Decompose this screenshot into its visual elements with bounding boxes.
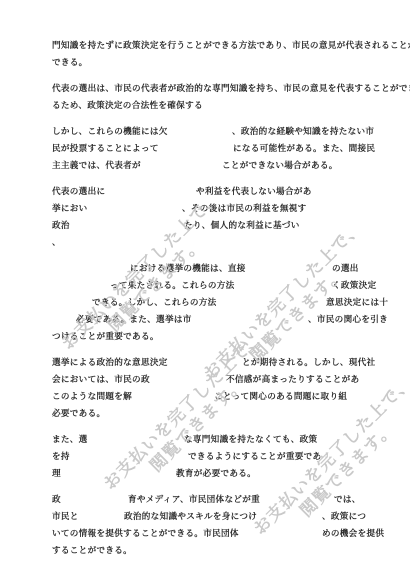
- text-line-segment: 市民と: [52, 512, 79, 523]
- text-line-segment: な専門知識を持たなくても、政策: [184, 435, 317, 446]
- text-line-segment: めの機会を提供: [322, 529, 384, 540]
- text-line-segment: することができる。: [52, 546, 132, 557]
- text-line-segment: このような問題を解: [52, 392, 132, 403]
- text-line-segment: では、: [334, 495, 361, 506]
- text-line-segment: 政: [52, 495, 61, 506]
- text-line-segment: 代表の選出は、市民の代表者が政治的な専門知識を持ち、市民の意見を代表することがで…: [52, 84, 410, 95]
- text-line-segment: 教育が必要である。: [176, 469, 256, 480]
- text-line-segment: 、: [52, 238, 61, 249]
- text-line-segment: 政治: [52, 221, 70, 232]
- text-line-segment: になる可能性がある。また、間接民: [233, 144, 375, 155]
- text-line-segment: 会においては、市民の政: [52, 375, 150, 386]
- text-line-segment: ことができない場合がある。: [222, 161, 338, 172]
- text-line-segment: いての情報を提供することができる。市民団体: [52, 529, 239, 540]
- text-line-segment: 門知識を持たずに政策決定を行うことができる方法であり、市民の意見が代表されること…: [52, 41, 410, 52]
- text-line-segment: できる。: [52, 58, 88, 69]
- text-line-segment: できるようにすることが重要であ: [188, 452, 321, 463]
- text-line-segment: 挙におい: [52, 204, 88, 215]
- text-line-segment: 、政治的な経験や知識を持たない市: [232, 127, 374, 138]
- text-line-segment: 理: [52, 469, 61, 480]
- text-line-segment: また、選: [52, 435, 88, 446]
- text-line-segment: 意思決定には十: [326, 298, 388, 309]
- text-line-segment: 主主義では、代表者が: [52, 161, 141, 172]
- text-line-segment: 育やメディア、市民団体などが重: [128, 495, 260, 506]
- text-line-segment: るため、政策決定の合法性を確保する: [52, 101, 203, 112]
- text-line-segment: 必要である。: [52, 409, 105, 420]
- text-line-segment: 代表の選出に: [52, 187, 105, 198]
- text-line-segment: しかし、これらの機能には欠: [52, 127, 168, 138]
- text-line-segment: 民が投票することによって: [52, 144, 159, 155]
- text-line-segment: 政治的な知識やスキルを身につけ: [124, 512, 257, 523]
- text-line-segment: 選挙による政治的な意思決定: [52, 358, 168, 369]
- text-line-segment: を持: [52, 452, 70, 463]
- text-line-segment: 、政策につ: [322, 512, 366, 523]
- text-line-segment: 、市民の関心を引き: [308, 315, 388, 326]
- payment-watermark: お支払いを完了した上で、閲覧できます。: [100, 327, 281, 508]
- document-page: 門知識を持たずに政策決定を行うことができる方法であり、市民の意見が代表されること…: [0, 0, 410, 580]
